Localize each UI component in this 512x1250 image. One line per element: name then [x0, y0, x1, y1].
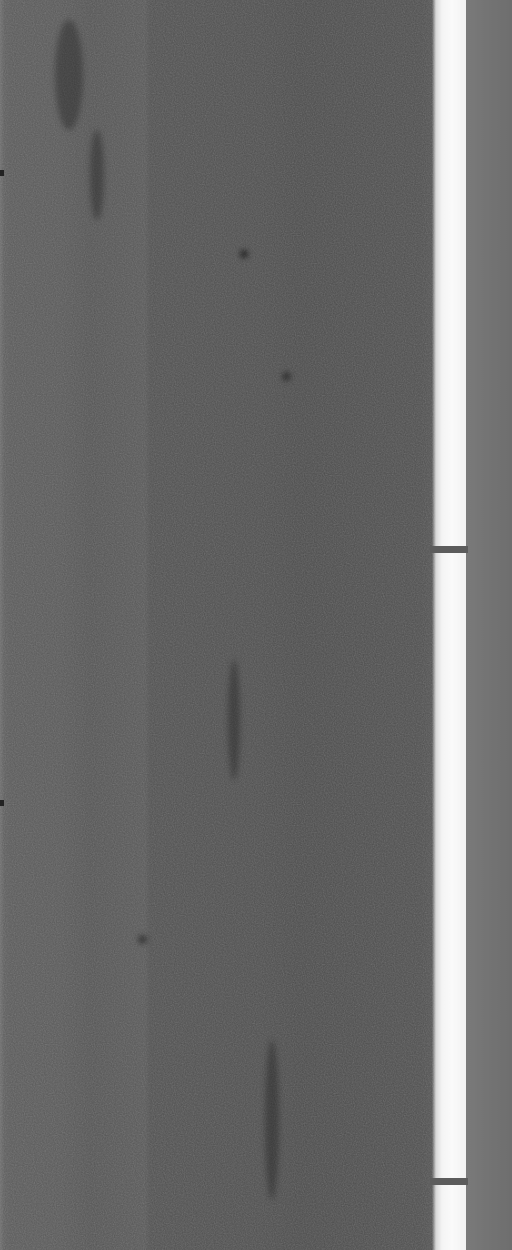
surface-spot: [240, 250, 248, 258]
edge-mark: [0, 800, 4, 806]
surface-stain: [90, 130, 104, 220]
edge-mark: [0, 170, 4, 176]
lane-marking-gap: [430, 1178, 468, 1185]
surface-stain: [265, 1040, 279, 1200]
road-shoulder: [466, 0, 512, 1250]
surface-stain: [228, 660, 240, 780]
lane-marking-segment: [432, 553, 466, 1178]
road-photo: [0, 0, 512, 1250]
lane-marking-segment: [432, 0, 466, 546]
surface-spot: [282, 372, 291, 381]
lane-marking-gap: [430, 546, 468, 553]
surface-stain: [55, 20, 83, 130]
lane-marking-segment: [432, 1185, 466, 1250]
surface-spot: [138, 935, 147, 944]
